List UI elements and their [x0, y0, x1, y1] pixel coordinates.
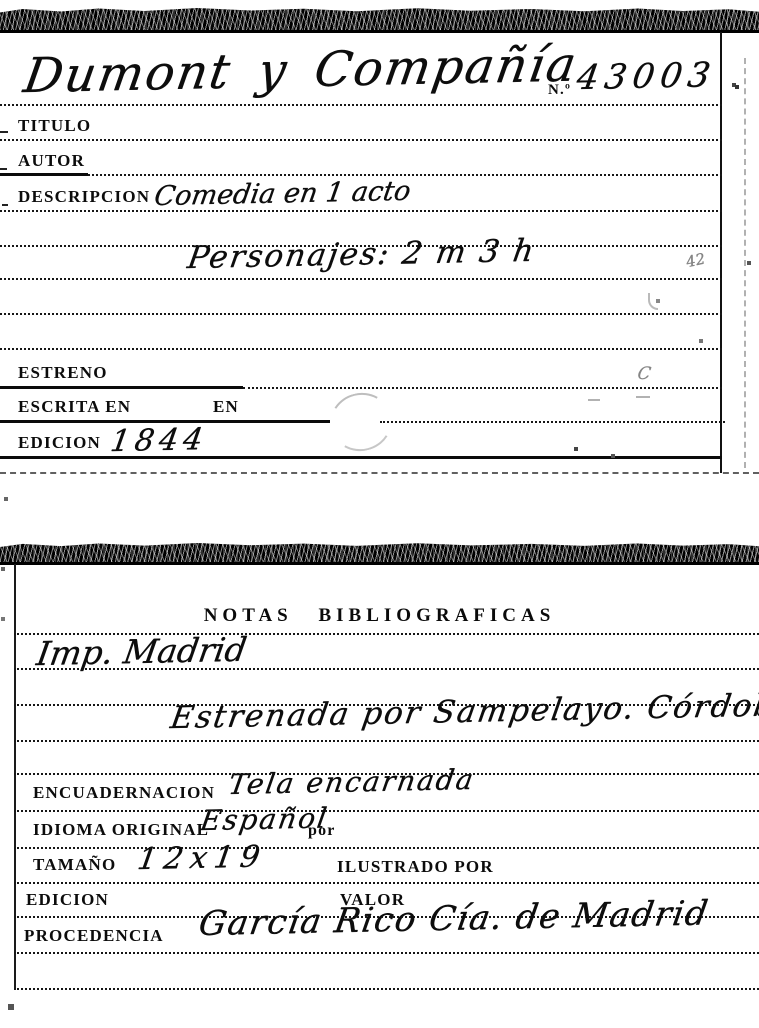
field-label-ilustrado-por: ILUSTRADO POR	[337, 857, 494, 877]
field-label-descripcion: DESCRIPCION	[18, 187, 150, 207]
margin-note-letter: C	[636, 364, 652, 384]
eraser-smudge	[324, 386, 398, 457]
field-label-escrita-en: ESCRITA EN	[18, 397, 131, 417]
margin-tick	[0, 131, 8, 133]
smudge-mark	[648, 293, 658, 310]
field-label-en: EN	[213, 397, 239, 417]
ruled-line	[0, 139, 722, 141]
field-label-edicion: EDICION	[18, 433, 101, 453]
edicion-value-handwritten: 1844	[108, 422, 210, 459]
field-label-titulo: TITULO	[18, 116, 91, 136]
ruled-line	[0, 348, 722, 350]
scanned-catalog-card-page: Dumont y Compañía N.º 43003 TITULO AUTOR…	[0, 0, 759, 1028]
ruled-line	[14, 847, 759, 849]
encuadernacion-value-handwritten: Tela encarnada	[226, 763, 477, 801]
field-label-autor: AUTOR	[18, 151, 85, 171]
ruled-line	[14, 882, 759, 884]
ruled-line	[0, 386, 243, 389]
imprenta-handwritten: Imp. Madrid	[34, 630, 249, 673]
ruled-line	[380, 421, 725, 423]
card-title-handwritten: Dumont y Compañía	[20, 36, 582, 104]
card-left-border	[14, 564, 16, 988]
field-label-estreno: ESTRENO	[18, 363, 108, 383]
ruled-line	[243, 387, 722, 389]
personajes-value-handwritten: Personajes: 2 m 3 h	[185, 233, 538, 276]
field-label-edicion-2: EDICION	[26, 890, 109, 910]
ruled-line	[14, 810, 759, 812]
card-bottom-torn-edge	[0, 472, 759, 474]
card-right-border	[720, 32, 722, 473]
margin-tick	[2, 204, 8, 206]
ruled-line	[0, 278, 722, 280]
tamano-value-handwritten: 12x19	[135, 839, 269, 877]
scan-edge-artifact-line	[744, 58, 746, 468]
scan-edge-band-middle	[0, 543, 759, 565]
margin-tick	[0, 168, 7, 170]
notes-section-header: NOTAS BIBLIOGRAFICAS	[0, 605, 759, 627]
ruled-line	[0, 313, 722, 315]
scan-edge-band-top	[0, 8, 759, 33]
procedencia-value-handwritten: García Rico Cía. de Madrid	[196, 893, 712, 944]
field-label-valor: VALOR	[340, 890, 405, 910]
scan-noise-specks	[0, 0, 2, 2]
number-label: N.º	[548, 82, 571, 99]
smudge-mark	[636, 396, 650, 398]
smudge-mark	[588, 399, 600, 401]
ruled-line	[14, 740, 759, 742]
estreno-nota-handwritten: Estrenada por Sampelayo. Córdoba	[168, 687, 759, 736]
ruled-line	[0, 173, 88, 176]
ruled-line	[14, 988, 759, 990]
field-label-idioma-original: IDIOMA ORIGINAL	[33, 820, 209, 840]
catalog-number-handwritten: 43003	[574, 55, 719, 98]
ruled-line	[14, 952, 759, 954]
ruled-line	[0, 210, 722, 212]
field-label-tamano: TAMAÑO	[33, 855, 116, 875]
field-label-encuadernacion: ENCUADERNACION	[33, 783, 215, 803]
margin-note-number: 42	[684, 249, 706, 271]
descripcion-value-handwritten: Comedia en 1 acto	[152, 176, 413, 212]
field-label-procedencia: PROCEDENCIA	[24, 926, 164, 946]
field-label-por: por	[308, 822, 336, 840]
ruled-line	[0, 104, 722, 106]
